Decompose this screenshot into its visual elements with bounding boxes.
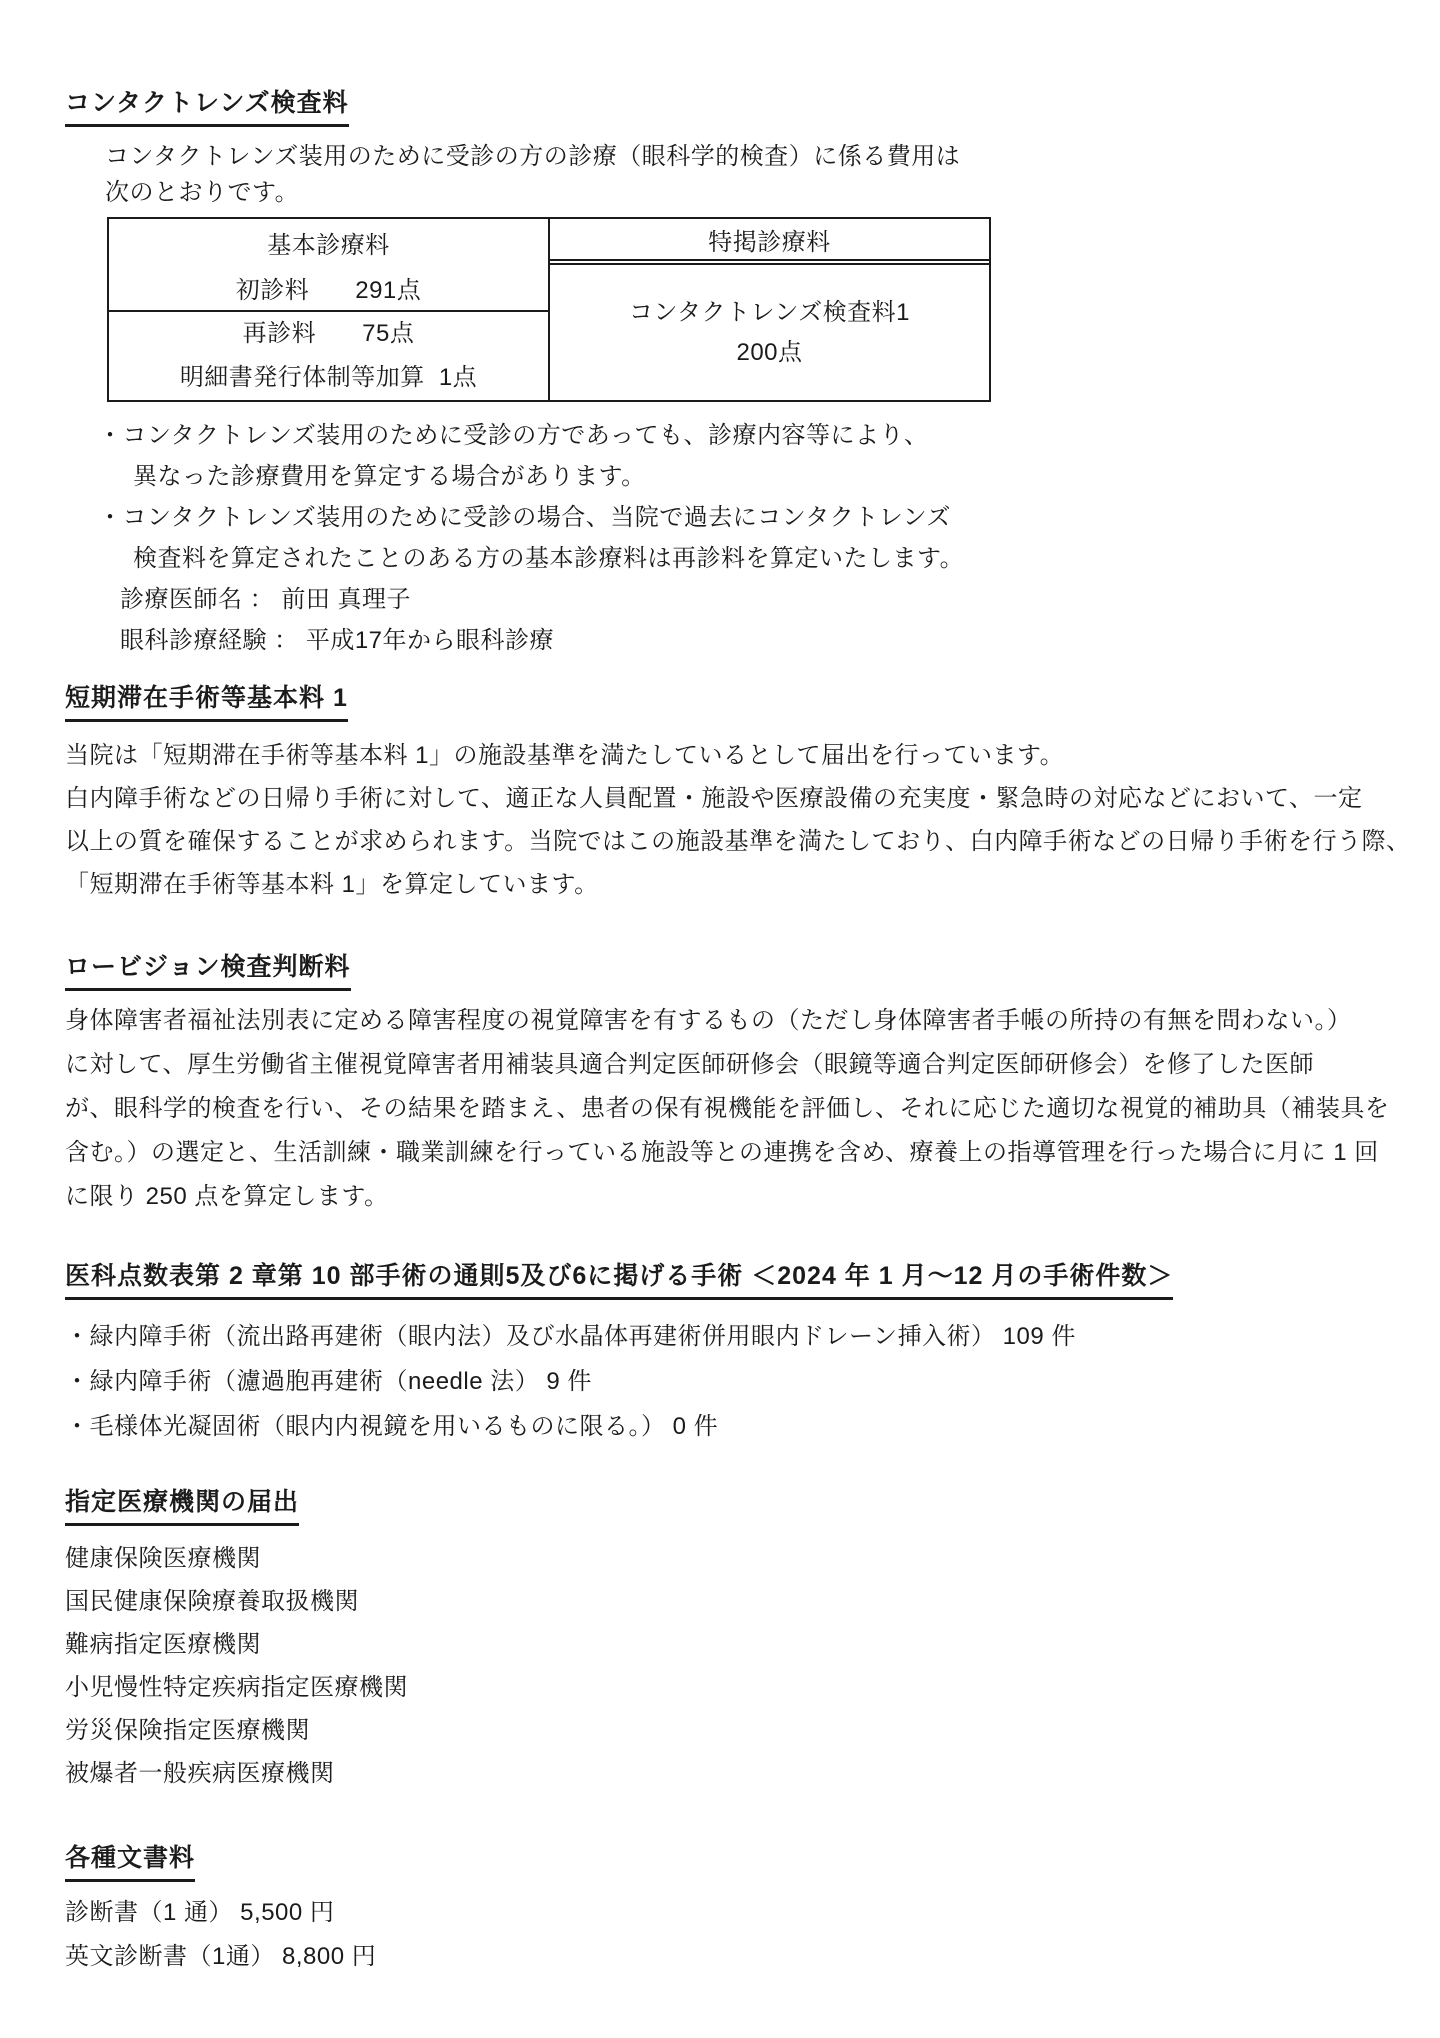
- surgery-counts-heading: 医科点数表第 2 章第 10 部手術の通則5及び6に掲げる手術 ＜2024 年 …: [65, 1261, 1173, 1300]
- fee-label-statement: 明細書発行体制等加算: [180, 363, 425, 393]
- institution-item: 小児慢性特定疾病指定医療機関: [65, 1666, 1380, 1709]
- institution-item: 被爆者一般疾病医療機関: [65, 1752, 1380, 1795]
- section-short-stay-surgery: 短期滞在手術等基本料 1 当院は「短期滞在手術等基本料 1」の施設基準を満たして…: [65, 683, 1380, 906]
- fee-cell-contact-lens-exam: コンタクトレンズ検査料1 200点: [550, 265, 989, 400]
- fee-row-revisit-group: 再診料 75点 明細書発行体制等加算 1点: [109, 312, 550, 400]
- doctor-name-line: 診療医師名 ： 前田 真理子: [120, 579, 1380, 620]
- heading-row: コンタクトレンズ検査料: [65, 88, 1380, 127]
- fee-points-first-visit: 291点: [355, 270, 421, 305]
- document-fee-item: 診断書（1 通） 5,500 円: [65, 1891, 1380, 1935]
- special-fee-name: コンタクトレンズ検査料1: [629, 298, 910, 328]
- document-fees-list: 診断書（1 通） 5,500 円 英文診断書（1通） 8,800 円: [65, 1891, 1380, 1979]
- fee-table-header-special: 特掲診療料: [550, 219, 989, 265]
- note-line: ・コンタクトレンズ装用のために受診の方であっても、診療内容等により、: [98, 415, 1380, 456]
- intro-line: コンタクトレンズ装用のために受診の方の診療（眼科学的検査）に係る費用は: [105, 139, 1380, 175]
- paragraph-line: 白内障手術などの日帰り手術に対して、適正な人員配置・施設や医療設備の充実度・緊急…: [65, 777, 1380, 820]
- paragraph-line: 以上の質を確保することが求められます。当院ではこの施設基準を満たしており、白内障…: [65, 820, 1380, 863]
- intro-line: 次のとおりです。: [105, 175, 1380, 211]
- note-line: 異なった診療費用を算定する場合があります。: [133, 456, 1380, 497]
- document-fees-heading: 各種文書料: [65, 1843, 195, 1882]
- note-line: 検査料を算定されたことのある方の基本診療料は再診料を算定いたします。: [133, 538, 1380, 579]
- heading-row: 指定医療機関の届出: [65, 1487, 1380, 1526]
- section-low-vision: ロービジョン検査判断料 身体障害者福祉法別表に定める障害程度の視覚障害を有するも…: [65, 952, 1380, 1219]
- paragraph-line: に対して、厚生労働省主催視覚障害者用補装具適合判定医師研修会（眼鏡等適合判定医師…: [65, 1043, 1380, 1087]
- surgery-item: ・緑内障手術（濾過胞再建術（needle 法） 9 件: [65, 1359, 1380, 1404]
- surgery-item: ・毛様体光凝固術（眼内内視鏡を用いるものに限る。） 0 件: [65, 1404, 1380, 1449]
- fee-label-revisit: 再診料: [243, 319, 317, 349]
- fee-points-statement: 1点: [439, 363, 477, 393]
- paragraph-line: が、眼科学的検査を行い、その結果を踏まえ、患者の保有視機能を評価し、それに応じた…: [65, 1087, 1380, 1131]
- designated-institutions-list: 健康保険医療機関 国民健康保険療養取扱機関 難病指定医療機関 小児慢性特定疾病指…: [65, 1537, 1380, 1795]
- fee-row-revisit: 再診料 75点: [243, 319, 415, 349]
- paragraph-line: 「短期滞在手術等基本料 1」を算定しています。: [65, 863, 1380, 906]
- low-vision-heading: ロービジョン検査判断料: [65, 952, 351, 991]
- fee-table-header-basic: 基本診療料: [109, 219, 550, 265]
- experience-line: 眼科診療経験 ： 平成17年から眼科診療: [120, 620, 1380, 661]
- heading-row: 短期滞在手術等基本料 1: [65, 683, 1380, 722]
- fee-row-first-visit: 初診料 291点: [109, 265, 550, 312]
- short-stay-paragraph: 当院は「短期滞在手術等基本料 1」の施設基準を満たしているとして届出を行っていま…: [65, 734, 1380, 906]
- fee-label-first-visit: 初診料: [236, 270, 310, 305]
- note-line: ・コンタクトレンズ装用のために受診の場合、当院で過去にコンタクトレンズ: [98, 497, 1380, 538]
- heading-row: ロービジョン検査判断料: [65, 952, 1380, 991]
- section-document-fees: 各種文書料 診断書（1 通） 5,500 円 英文診断書（1通） 8,800 円: [65, 1843, 1380, 1979]
- document-fee-item: 英文診断書（1通） 8,800 円: [65, 1935, 1380, 1979]
- paragraph-line: 含む。）の選定と、生活訓練・職業訓練を行っている施設等との連携を含め、療養上の指…: [65, 1131, 1380, 1175]
- notes-list: ・コンタクトレンズ装用のために受診の方であっても、診療内容等により、 異なった診…: [65, 415, 1380, 579]
- institution-item: 労災保険指定医療機関: [65, 1709, 1380, 1752]
- designated-institutions-heading: 指定医療機関の届出: [65, 1487, 299, 1526]
- paragraph-line: 当院は「短期滞在手術等基本料 1」の施設基準を満たしているとして届出を行っていま…: [65, 734, 1380, 777]
- paragraph-line: に限り 250 点を算定します。: [65, 1175, 1380, 1219]
- institution-item: 国民健康保険療養取扱機関: [65, 1580, 1380, 1623]
- contact-lens-fee-heading: コンタクトレンズ検査料: [65, 88, 349, 127]
- surgery-item: ・緑内障手術（流出路再建術（眼内法）及び水晶体再建術併用眼内ドレーン挿入術） 1…: [65, 1314, 1380, 1359]
- section-contact-lens-fee: コンタクトレンズ検査料 コンタクトレンズ装用のために受診の方の診療（眼科学的検査…: [65, 88, 1380, 661]
- fee-points-revisit: 75点: [362, 319, 414, 349]
- document-page: コンタクトレンズ検査料 コンタクトレンズ装用のために受診の方の診療（眼科学的検査…: [0, 0, 1440, 2038]
- section-surgery-counts: 医科点数表第 2 章第 10 部手術の通則5及び6に掲げる手術 ＜2024 年 …: [65, 1261, 1380, 1449]
- institution-item: 難病指定医療機関: [65, 1623, 1380, 1666]
- short-stay-heading: 短期滞在手術等基本料 1: [65, 683, 348, 722]
- section-designated-institutions: 指定医療機関の届出 健康保険医療機関 国民健康保険療養取扱機関 難病指定医療機関…: [65, 1487, 1380, 1795]
- paragraph-line: 身体障害者福祉法別表に定める障害程度の視覚障害を有するもの（ただし身体障害者手帳…: [65, 999, 1380, 1043]
- fee-row-statement: 明細書発行体制等加算 1点: [180, 363, 477, 393]
- fee-table: 基本診療料 特掲診療料 初診料 291点 コンタクトレンズ検査料1 200点 再…: [107, 217, 991, 402]
- heading-row: 各種文書料: [65, 1843, 1380, 1882]
- document-content: コンタクトレンズ検査料 コンタクトレンズ装用のために受診の方の診療（眼科学的検査…: [0, 0, 1440, 1979]
- heading-row: 医科点数表第 2 章第 10 部手術の通則5及び6に掲げる手術 ＜2024 年 …: [65, 1261, 1380, 1300]
- institution-item: 健康保険医療機関: [65, 1537, 1380, 1580]
- low-vision-paragraph: 身体障害者福祉法別表に定める障害程度の視覚障害を有するもの（ただし身体障害者手帳…: [65, 999, 1380, 1219]
- special-fee-points: 200点: [736, 338, 802, 368]
- surgery-counts-list: ・緑内障手術（流出路再建術（眼内法）及び水晶体再建術併用眼内ドレーン挿入術） 1…: [65, 1314, 1380, 1449]
